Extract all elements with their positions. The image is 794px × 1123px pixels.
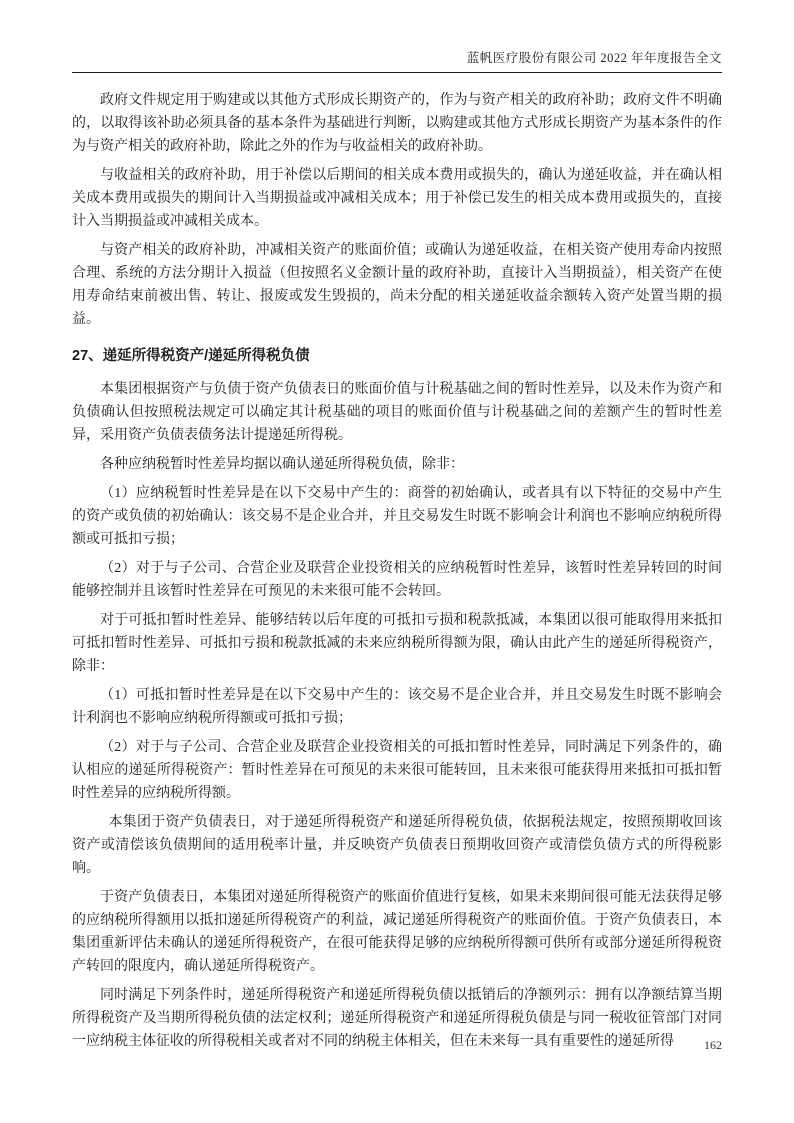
paragraph: 本集团于资产负债表日，对于递延所得税资产和递延所得税负债，依据税法规定，按照预期…: [72, 811, 722, 880]
page-header: 蓝帆医疗股份有限公司 2022 年年度报告全文: [72, 0, 722, 73]
paragraph: （2）对于与子公司、合营企业及联营企业投资相关的应纳税暂时性差异，该暂时性差异转…: [72, 557, 722, 603]
report-page: 蓝帆医疗股份有限公司 2022 年年度报告全文 政府文件规定用于购建或以其他方式…: [0, 0, 794, 1123]
report-title: 蓝帆医疗股份有限公司 2022 年年度报告全文: [467, 51, 722, 65]
document-body: 政府文件规定用于购建或以其他方式形成长期资产的，作为与资产相关的政府补助；政府文…: [72, 89, 722, 1053]
page-footer: 162: [72, 1038, 722, 1053]
paragraph: 于资产负债表日，本集团对递延所得税资产的账面价值进行复核，如果未来期间很可能无法…: [72, 886, 722, 978]
section-heading: 27、递延所得税资产/递延所得税负债: [72, 345, 722, 368]
paragraph: （2）对于与子公司、合营企业及联营企业投资相关的可抵扣暂时性差异，同时满足下列条…: [72, 736, 722, 805]
paragraph: 与收益相关的政府补助，用于补偿以后期间的相关成本费用或损失的，确认为递延收益，并…: [72, 164, 722, 233]
paragraph: 政府文件规定用于购建或以其他方式形成长期资产的，作为与资产相关的政府补助；政府文…: [72, 89, 722, 158]
paragraph: 对于可抵扣暂时性差异、能够结转以后年度的可抵扣亏损和税款抵减，本集团以很可能取得…: [72, 609, 722, 678]
paragraph: 各种应纳税暂时性差异均据以确认递延所得税负债，除非：: [72, 453, 722, 476]
paragraph: （1）可抵扣暂时性差异是在以下交易中产生的：该交易不是企业合并，并且交易发生时既…: [72, 684, 722, 730]
paragraph: 与资产相关的政府补助，冲减相关资产的账面价值；或确认为递延收益，在相关资产使用寿…: [72, 239, 722, 331]
header-divider: [72, 72, 722, 73]
page-number: 162: [704, 1038, 722, 1052]
paragraph: 本集团根据资产与负债于资产负债表日的账面价值与计税基础之间的暂时性差异，以及未作…: [72, 378, 722, 447]
paragraph: （1）应纳税暂时性差异是在以下交易中产生的：商誉的初始确认，或者具有以下特征的交…: [72, 482, 722, 551]
